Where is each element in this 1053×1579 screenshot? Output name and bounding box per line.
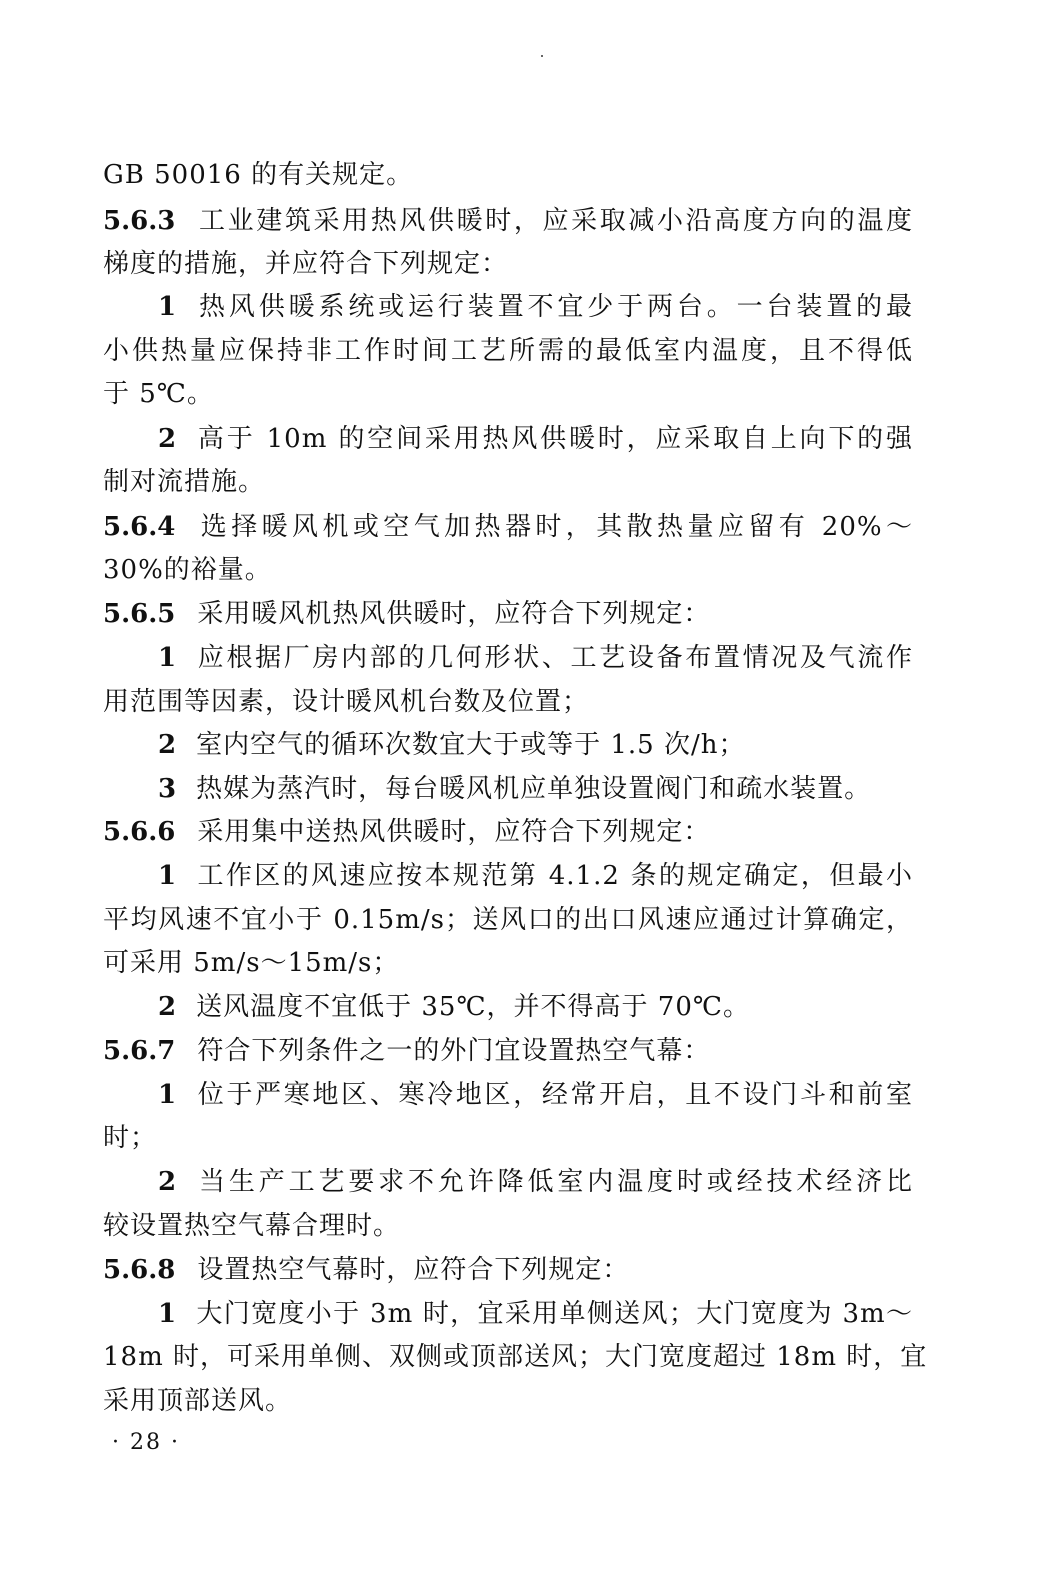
scan-speck	[541, 55, 543, 57]
list-item: 1位于严寒地区、寒冷地区，经常开启，且不设门斗和前室	[158, 1078, 913, 1112]
line-text: GB 50016 的有关规定。	[103, 160, 413, 190]
line-text: 室内空气的循环次数宜大于或等于 1.5 次/h；	[196, 730, 745, 760]
text-line: 于 5℃。	[103, 377, 913, 411]
line-text: 30%的裕量。	[103, 555, 272, 585]
document-page: GB 50016 的有关规定。 5.6.3工业建筑采用热风供暖时，应采取减小沿高…	[0, 0, 1053, 1579]
line-text: 送风温度不宜低于 35℃，并不得高于 70℃。	[196, 992, 750, 1022]
clause-5-6-3: 5.6.3工业建筑采用热风供暖时，应采取减小沿高度方向的温度	[103, 204, 913, 238]
item-number: 1	[158, 861, 176, 891]
list-item: 1热风供暖系统或运行装置不宜少于两台。一台装置的最	[158, 290, 913, 324]
list-item: 1大门宽度小于 3m 时，宜采用单侧送风；大门宽度为 3m～	[158, 1297, 913, 1331]
text-line: 小供热量应保持非工作时间工艺所需的最低室内温度，且不得低	[103, 334, 913, 368]
clause-5-6-7: 5.6.7符合下列条件之一的外门宜设置热空气幕：	[103, 1034, 913, 1068]
list-item: 2当生产工艺要求不允许降低室内温度时或经技术经济比	[158, 1165, 913, 1199]
clause-5-6-6: 5.6.6采用集中送热风供暖时，应符合下列规定：	[103, 815, 913, 849]
line-text: 选择暖风机或空气加热器时，其散热量应留有 20%～	[197, 512, 913, 542]
line-text: 采用集中送热风供暖时，应符合下列规定：	[197, 817, 710, 847]
line-text: 当生产工艺要求不允许降低室内温度时或经技术经济比	[196, 1167, 913, 1197]
clause-5-6-4: 5.6.4选择暖风机或空气加热器时，其散热量应留有 20%～	[103, 510, 913, 544]
list-item: 1应根据厂房内部的几何形状、工艺设备布置情况及气流作	[158, 641, 913, 675]
text-line: 18m 时，可采用单侧、双侧或顶部送风；大门宽度超过 18m 时，宜	[103, 1340, 913, 1374]
line-text: 用范围等因素，设计暖风机台数及位置；	[103, 687, 589, 717]
list-item: 2室内空气的循环次数宜大于或等于 1.5 次/h；	[158, 728, 968, 762]
line-text: 较设置热空气幕合理时。	[103, 1211, 400, 1241]
line-text: 18m 时，可采用单侧、双侧或顶部送风；大门宽度超过 18m 时，宜	[103, 1342, 927, 1372]
line-text: 平均风速不宜小于 0.15m/s；送风口的出口风速应通过计算确定，	[103, 905, 913, 935]
item-number: 3	[158, 774, 176, 804]
text-line: 较设置热空气幕合理时。	[103, 1209, 913, 1243]
text-line: 采用顶部送风。	[103, 1384, 913, 1418]
line-text: 高于 10m 的空间采用热风供暖时，应采取自上向下的强	[196, 424, 913, 454]
clause-number: 5.6.5	[103, 599, 175, 629]
line-text: 于 5℃。	[103, 379, 214, 409]
line-text: 梯度的措施，并应符合下列规定：	[103, 249, 508, 279]
item-number: 1	[158, 1299, 176, 1329]
clause-number: 5.6.7	[103, 1036, 175, 1066]
item-number: 2	[158, 730, 176, 760]
line-text: 设置热空气幕时，应符合下列规定：	[197, 1255, 629, 1285]
text-line: 平均风速不宜小于 0.15m/s；送风口的出口风速应通过计算确定，	[103, 903, 913, 937]
line-text: 采用暖风机热风供暖时，应符合下列规定：	[197, 599, 710, 629]
item-number: 1	[158, 643, 176, 673]
text-line: GB 50016 的有关规定。	[103, 158, 913, 192]
item-number: 2	[158, 424, 176, 454]
clause-number: 5.6.6	[103, 817, 175, 847]
list-item: 2高于 10m 的空间采用热风供暖时，应采取自上向下的强	[158, 422, 913, 456]
line-text: 应根据厂房内部的几何形状、工艺设备布置情况及气流作	[196, 643, 913, 673]
line-text: 工业建筑采用热风供暖时，应采取减小沿高度方向的温度	[197, 206, 913, 236]
line-text: 热风供暖系统或运行装置不宜少于两台。一台装置的最	[196, 292, 913, 322]
clause-number: 5.6.8	[103, 1255, 175, 1285]
line-text: 制对流措施。	[103, 467, 265, 497]
text-line: 梯度的措施，并应符合下列规定：	[103, 247, 913, 281]
line-text: 采用顶部送风。	[103, 1386, 292, 1416]
page-number: · 28 ·	[112, 1428, 180, 1458]
clause-5-6-8: 5.6.8设置热空气幕时，应符合下列规定：	[103, 1253, 913, 1287]
text-line: 30%的裕量。	[103, 553, 913, 587]
list-item: 3热媒为蒸汽时，每台暖风机应单独设置阀门和疏水装置。	[158, 772, 968, 806]
item-number: 2	[158, 1167, 176, 1197]
line-text: 位于严寒地区、寒冷地区，经常开启，且不设门斗和前室	[196, 1080, 913, 1110]
line-text: 小供热量应保持非工作时间工艺所需的最低室内温度，且不得低	[103, 336, 913, 366]
text-line: 用范围等因素，设计暖风机台数及位置；	[103, 685, 913, 719]
text-line: 可采用 5m/s～15m/s；	[103, 946, 913, 980]
clause-number: 5.6.4	[103, 512, 175, 542]
text-line: 制对流措施。	[103, 465, 913, 499]
line-text: 工作区的风速应按本规范第 4.1.2 条的规定确定，但最小	[196, 861, 913, 891]
line-text: 符合下列条件之一的外门宜设置热空气幕：	[197, 1036, 710, 1066]
item-number: 2	[158, 992, 176, 1022]
list-item: 2送风温度不宜低于 35℃，并不得高于 70℃。	[158, 990, 968, 1024]
list-item: 1工作区的风速应按本规范第 4.1.2 条的规定确定，但最小	[158, 859, 913, 893]
line-text: 可采用 5m/s～15m/s；	[103, 948, 399, 978]
line-text: 热媒为蒸汽时，每台暖风机应单独设置阀门和疏水装置。	[196, 774, 871, 804]
line-text: 大门宽度小于 3m 时，宜采用单侧送风；大门宽度为 3m～	[196, 1299, 913, 1329]
clause-number: 5.6.3	[103, 206, 175, 236]
clause-5-6-5: 5.6.5采用暖风机热风供暖时，应符合下列规定：	[103, 597, 913, 631]
text-line: 时；	[103, 1121, 913, 1155]
line-text: 时；	[103, 1123, 157, 1153]
item-number: 1	[158, 292, 176, 322]
item-number: 1	[158, 1080, 176, 1110]
